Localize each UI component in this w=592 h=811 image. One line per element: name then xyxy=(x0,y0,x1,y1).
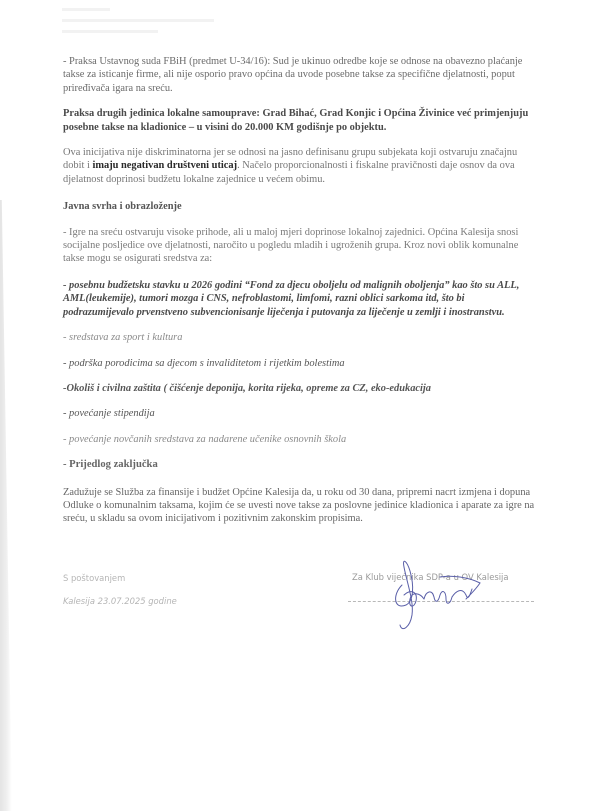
paragraph-intro: - Igre na sreću ostvaruju visoke prihode… xyxy=(63,226,538,266)
closing-block: S poštovanjem Kalesija 23.07.2025 godine xyxy=(63,573,177,606)
list-item-scholarships: - povećanje stipendija xyxy=(63,407,538,420)
paragraph-constitutional-court: - Praksa Ustavnog suda FBiH (predmet U-3… xyxy=(63,55,538,95)
document-body: - Praksa Ustavnog suda FBiH (predmet U-3… xyxy=(63,55,538,526)
list-item-environment: -Okoliš i civilna zaštita ( čišćenje dep… xyxy=(63,382,538,395)
paragraph-non-discrimination: Ova inicijativa nije diskriminatorna jer… xyxy=(63,146,538,186)
paragraph-proposal: Zadužuje se Služba za finansije i budžet… xyxy=(63,486,538,526)
paragraph-other-municipalities: Praksa drugih jedinica lokalne samouprav… xyxy=(63,107,538,134)
closing-salutation: S poštovanjem xyxy=(63,573,177,583)
non-discrimination-emphasis: imaju negativan društveni uticaj xyxy=(92,160,237,171)
list-item-family-support: - podrška porodicima sa djecom s invalid… xyxy=(63,357,538,370)
list-item-cancer-fund: - posebnu budžetsku stavku u 2026 godini… xyxy=(63,279,538,319)
handwritten-signature-icon xyxy=(380,555,490,635)
list-item-sport-culture: - sredstava za sport i kultura xyxy=(63,331,538,344)
faded-header xyxy=(62,8,222,44)
place-and-date: Kalesija 23.07.2025 godine xyxy=(63,596,177,606)
page-edge-shadow xyxy=(0,200,12,811)
section-heading-public-purpose: Javna svrha i obrazloženje xyxy=(63,200,538,213)
proposal-heading: - Prijedlog zaključka xyxy=(63,458,538,471)
list-item-gifted-students: - povećanje novčanih sredstava za nadare… xyxy=(63,433,538,446)
